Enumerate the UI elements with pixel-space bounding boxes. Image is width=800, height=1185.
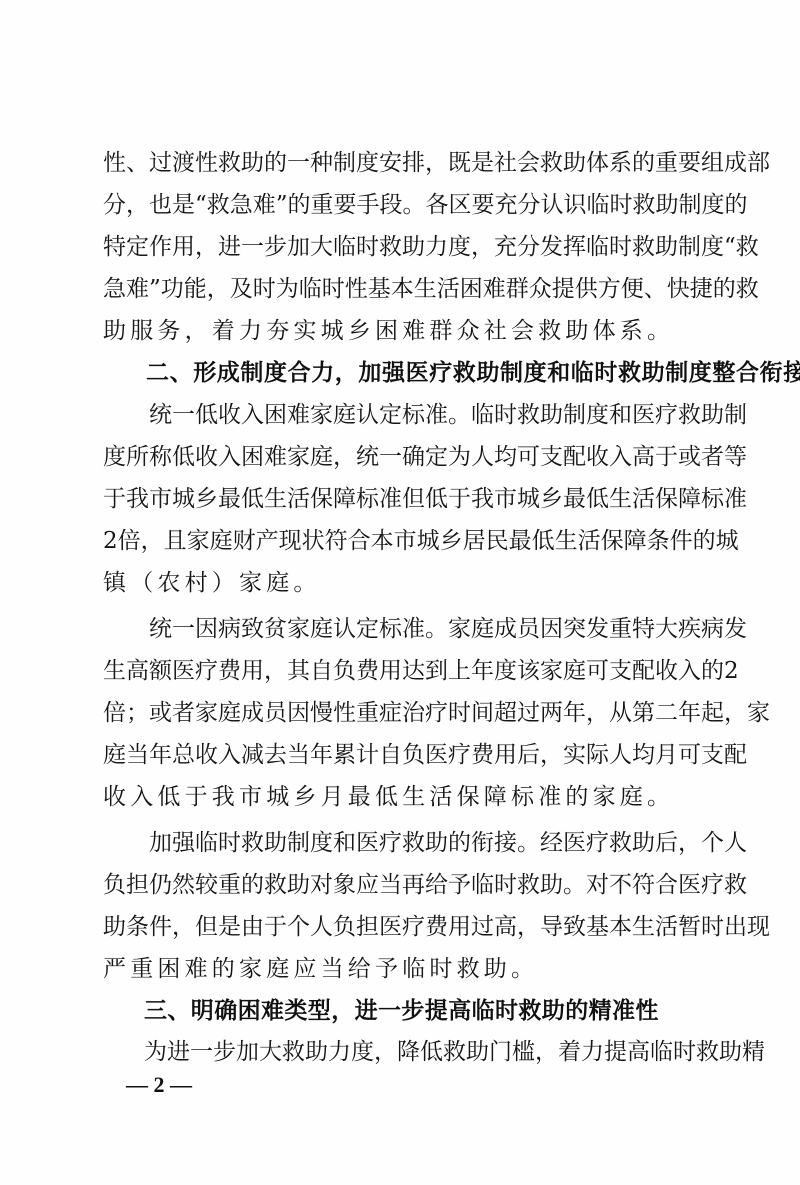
text-line: 统一因病致贫家庭认定标准。家庭成员因突发重特大疾病发 (149, 608, 707, 650)
document-page: 性、过渡性救助的一种制度安排，既是社会救助体系的重要组成部 分，也是“救急难”的… (0, 0, 800, 1185)
text-line: 镇（农村）家庭。 (103, 562, 707, 604)
text-line: 特定作用，进一步加大临时救助力度，充分发挥临时救助制度“救 (103, 226, 707, 268)
text-line: 助条件，但是由于个人负担医疗费用过高，导致基本生活暂时出现 (103, 906, 707, 948)
section-heading-3: 三、明确困难类型，进一步提高临时救助的精准性 (144, 990, 659, 1032)
text-line: 庭当年总收入减去当年累计自负医疗费用后，实际人均月可支配 (103, 734, 707, 776)
text-line: 度所称低收入困难家庭，统一确定为人均可支配收入高于或者等 (103, 436, 707, 478)
text-line: 倍；或者家庭成员因慢性重症治疗时间超过两年，从第二年起，家 (103, 692, 707, 734)
section-heading-2: 二、形成制度合力，加强医疗救助制度和临时救助制度整合衔接 (146, 352, 800, 394)
text-line: 严重困难的家庭应当给予临时救助。 (103, 948, 707, 990)
text-line: 2倍，且家庭财产现状符合本市城乡居民最低生活保障条件的城 (103, 520, 707, 562)
text-line: 急难”功能，及时为临时性基本生活困难群众提供方便、快捷的救 (103, 268, 707, 310)
text-line: 负担仍然较重的救助对象应当再给予临时救助。对不符合医疗救 (103, 864, 707, 906)
text-line: 统一低收入困难家庭认定标准。临时救助制度和医疗救助制 (149, 394, 707, 436)
text-line: 收入低于我市城乡月最低生活保障标准的家庭。 (103, 776, 707, 818)
text-line: 于我市城乡最低生活保障标准但低于我市城乡最低生活保障标准 (103, 478, 707, 520)
page-number: — 2 — (126, 1068, 192, 1102)
text-line: 助服务，着力夯实城乡困难群众社会救助体系。 (103, 310, 707, 352)
text-line: 加强临时救助制度和医疗救助的衔接。经医疗救助后，个人 (149, 822, 707, 864)
text-line: 为进一步加大救助力度，降低救助门槛，着力提高临时救助精 (144, 1031, 707, 1073)
text-line: 生高额医疗费用，其自负费用达到上年度该家庭可支配收入的2 (103, 650, 707, 692)
text-line: 分，也是“救急难”的重要手段。各区要充分认识临时救助制度的 (103, 184, 707, 226)
text-line: 性、过渡性救助的一种制度安排，既是社会救助体系的重要组成部 (103, 142, 707, 184)
